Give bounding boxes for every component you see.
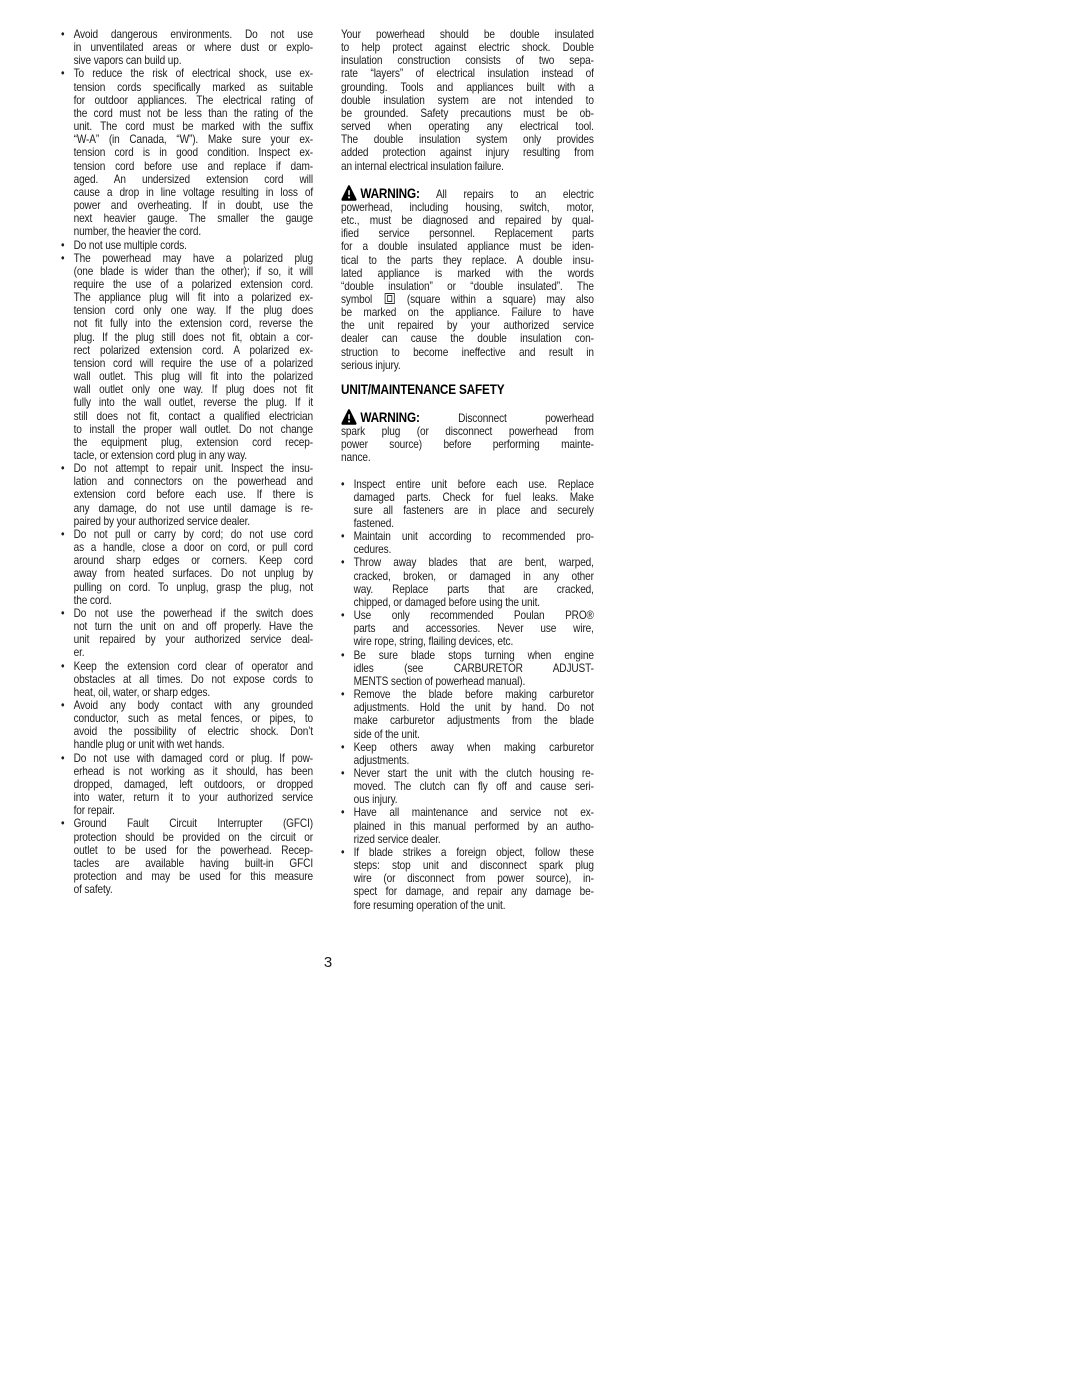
text-line: extension cord before each use. If there… [74,488,313,501]
warning-disconnect-block: WARNING: Disconnect powerheadspark plug … [341,409,594,465]
text-line: dealer can cause the double insulation c… [341,332,594,345]
bullet-marker: • [341,688,354,741]
bullet-marker: • [341,806,354,845]
text-line: nance. [341,451,594,464]
text-line: paired by your authorized service dealer… [74,515,313,528]
bullet-marker: • [341,609,354,648]
bullet-text: Inspect entire unit before each use. Rep… [354,478,594,531]
left-column: •Avoid dangerous environments. Do not us… [61,28,313,896]
text-line: Ground Fault Circuit Interrupter (GFCI) [74,817,313,830]
text-line: Do not use multiple cords. [74,239,313,252]
text-line: grounding. Tools and appliances built wi… [341,81,594,94]
squared-square-icon [384,293,394,304]
bullet-marker: • [61,28,74,67]
text-line: to install the proper wall outlet. Do no… [74,423,313,436]
bullet-text: Maintain unit according to recommended p… [354,530,594,556]
bullet-marker: • [61,699,74,752]
document-page: •Avoid dangerous environments. Do not us… [0,0,1080,1397]
bullet-text: Keep the extension cord clear of operato… [74,660,313,699]
bullet-item: •Do not pull or carry by cord; do not us… [61,528,313,607]
text-line: wire rope, string, flailing devices, etc… [354,635,594,648]
bullet-marker: • [61,752,74,818]
text-line: er. [74,646,313,659]
text-line: an internal electrical insulation failur… [341,160,594,173]
text-line: Throw away blades that are bent, warped, [354,556,594,569]
bullet-text: To reduce the risk of electrical shock, … [74,67,313,238]
bullet-marker: • [61,462,74,528]
text-line: fore resuming operation of the unit. [354,899,594,912]
text-line: make carburetor adjustments from the bla… [354,714,594,727]
bullet-item: •Use only recommended Poulan PRO®parts a… [341,609,594,648]
text-line: rate “layers” of electrical insulation i… [341,67,594,80]
text-line: damaged parts. Check for fuel leaks. Mak… [354,491,594,504]
text-line: fully into the wall outlet, reverse the … [74,396,313,409]
text-line: the cord. [74,594,313,607]
bullet-text: Keep others away when making carburetora… [354,741,594,767]
bullet-marker: • [61,607,74,660]
text-line: outlet to be used for the powerhead. Rec… [74,844,313,857]
bullet-marker: • [341,846,354,912]
text-line: spect for damage, and repair any damage … [354,885,594,898]
bullet-marker: • [341,530,354,556]
bullet-item: •Do not use the powerhead if the switch … [61,607,313,660]
text-line: double insulation system are not intende… [341,94,594,107]
bullet-item: •Ground Fault Circuit Interrupter (GFCI)… [61,817,313,896]
bullet-marker: • [61,528,74,607]
bullet-marker: • [61,67,74,238]
bullet-item: •Do not use multiple cords. [61,239,313,252]
bullet-item: •If blade strikes a foreign object, foll… [341,846,594,912]
bullet-text: Throw away blades that are bent, warped,… [354,556,594,609]
bullet-item: •Throw away blades that are bent, warped… [341,556,594,609]
bullet-item: •Remove the blade before making carburet… [341,688,594,741]
bullet-item: •Avoid any body contact with any grounde… [61,699,313,752]
bullet-item: •Do not use with damaged cord or plug. I… [61,752,313,818]
text-line: To reduce the risk of electrical shock, … [74,67,313,80]
double-insulation-paragraph: Your powerhead should be double insulate… [341,28,594,173]
bullet-text: Do not attempt to repair unit. Inspect t… [74,462,313,528]
bullet-marker: • [61,239,74,252]
bullet-text: Do not use multiple cords. [74,239,313,252]
text-line: plug. If the plug still does not fit, ob… [74,331,313,344]
text-line: for outdoor appliances. The electrical r… [74,94,313,107]
bullet-text: Remove the blade before making carbureto… [354,688,594,741]
text-line: “double insulation” or “double insulated… [341,280,594,293]
text-line: not fit fully into the extension cord, r… [74,317,313,330]
section-heading-unit-maintenance-safety: UNIT/MAINTENANCE SAFETY [341,382,594,397]
text-line: rized service dealer. [354,833,594,846]
text-line: tension cord before use and replace if d… [74,160,313,173]
warning-label: WARNING: [360,185,419,201]
bullet-item: •Do not attempt to repair unit. Inspect … [61,462,313,528]
text-line: cracked, broken, or damaged in any other [354,570,594,583]
text-line: Be sure blade stops turning when engine [354,649,594,662]
text-line: heat, oil, water, or sharp edges. [74,686,313,699]
bullet-item: •Have all maintenance and service not ex… [341,806,594,845]
text-line: side of the unit. [354,728,594,741]
bullet-marker: • [341,741,354,767]
text-line: number, the heavier the cord. [74,225,313,238]
bullet-text: If blade strikes a foreign object, follo… [354,846,594,912]
bullet-text: Use only recommended Poulan PRO®parts an… [354,609,594,648]
bullet-text: Avoid dangerous environments. Do not use… [74,28,313,67]
warning-repairs-block: WARNING: All repairs to an electricpower… [341,185,594,372]
text-line: protection should be provided on the cir… [74,831,313,844]
text-line: pulling on cord. To unplug, grasp the pl… [74,581,313,594]
bullet-item: •The powerhead may have a polarized plug… [61,252,313,463]
bullet-text: The powerhead may have a polarized plug(… [74,252,313,463]
warning-label: WARNING: [360,409,419,425]
bullet-item: •Keep the extension cord clear of operat… [61,660,313,699]
page-number: 3 [318,954,338,971]
warning-first-line: WARNING: All repairs to an electric [341,185,594,201]
right-column: Your powerhead should be double insulate… [341,28,594,912]
warning-triangle-icon [341,185,357,201]
text-line: adjustments. [354,754,594,767]
text-line: Inspect entire unit before each use. Rep… [354,478,594,491]
bullet-item: •To reduce the risk of electrical shock,… [61,67,313,238]
text-line: of safety. [74,883,313,896]
bullet-marker: • [61,817,74,896]
bullet-item: •Keep others away when making carburetor… [341,741,594,767]
text-line: Keep the extension cord clear of operato… [74,660,313,673]
text-line: away from heated surfaces. Do not unplug… [74,567,313,580]
text-line: idles (see CARBURETOR ADJUST- [354,662,594,675]
text-line: tension cord is in good condition. Inspe… [74,146,313,159]
text-line: obstacles at all times. Do not expose co… [74,673,313,686]
bullet-item: •Avoid dangerous environments. Do not us… [61,28,313,67]
text-line: Have all maintenance and service not ex- [354,806,594,819]
bullet-text: Avoid any body contact with any grounded… [74,699,313,752]
warning-first-line: WARNING: Disconnect powerhead [341,409,594,425]
bullet-item: •Maintain unit according to recommended … [341,530,594,556]
bullet-text: Do not use with damaged cord or plug. If… [74,752,313,818]
text-line: tical to the parts they replace. A doubl… [341,254,594,267]
bullet-marker: • [341,649,354,688]
text-line: any damage, do not use until damage is r… [74,502,313,515]
text-line: added protection against injury resultin… [341,146,594,159]
bullet-text: Do not pull or carry by cord; do not use… [74,528,313,607]
text-line: aged. An undersized extension cord will [74,173,313,186]
text-line: Keep others away when making carburetor [354,741,594,754]
warning-triangle-icon [341,409,357,425]
text-line: rect polarized extension cord. A polariz… [74,344,313,357]
text-line: struction to become ineffective and resu… [341,346,594,359]
bullet-text: Do not use the powerhead if the switch d… [74,607,313,660]
text-line: (one blade is wider than the other); if … [74,265,313,278]
text-line: handle plug or unit with wet hands. [74,738,313,751]
bullet-item: •Never start the unit with the clutch ho… [341,767,594,806]
text-line: for a double insulated appliance must be… [341,240,594,253]
bullet-text: Never start the unit with the clutch hou… [354,767,594,806]
bullet-text: Have all maintenance and service not ex-… [354,806,594,845]
bullet-item: •Be sure blade stops turning when engine… [341,649,594,688]
text-line: serious injury. [341,359,594,372]
text-line: power source) before performing mainte- [341,438,594,451]
text-line: still does not fit, contact a qualified … [74,410,313,423]
bullet-marker: • [61,660,74,699]
text-line: The powerhead may have a polarized plug [74,252,313,265]
bullet-item: •Inspect entire unit before each use. Re… [341,478,594,531]
bullet-text: Ground Fault Circuit Interrupter (GFCI)p… [74,817,313,896]
bullet-marker: • [341,478,354,531]
text-line: lated appliance is marked with the words [341,267,594,280]
bullet-marker: • [341,556,354,609]
text-line: Do not use with damaged cord or plug. If… [74,752,313,765]
bullet-marker: • [61,252,74,463]
bullet-text: Be sure blade stops turning when enginei… [354,649,594,688]
text-line: plained in this manual performed by an a… [354,820,594,833]
text-line: unit repaired by your authorized service… [74,633,313,646]
text-line: erhead is not working as it should, has … [74,765,313,778]
bullet-marker: • [341,767,354,806]
text-line: way. Replace parts that are cracked, [354,583,594,596]
maintenance-bullet-list: •Inspect entire unit before each use. Re… [341,478,594,912]
text-line: tension cords specifically marked as sui… [74,81,313,94]
